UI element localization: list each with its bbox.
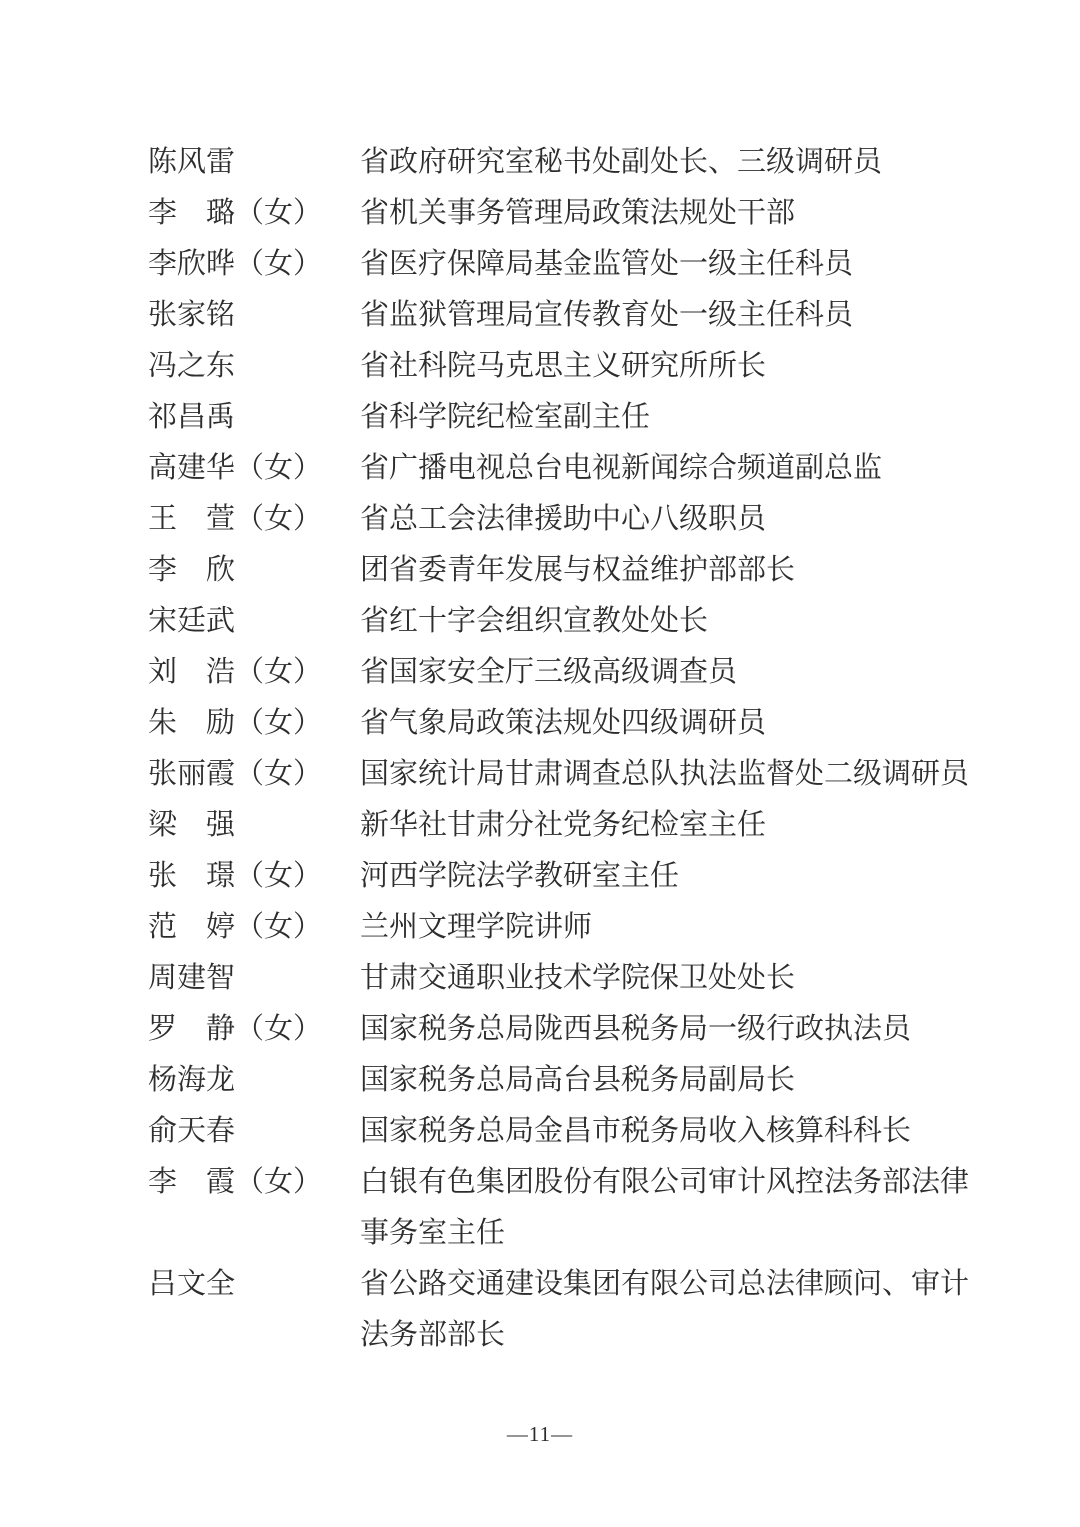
person-position: 省公路交通建设集团有限公司总法律顾问、审计法务部部长 xyxy=(360,1259,988,1361)
roster-row: 吕文全 省公路交通建设集团有限公司总法律顾问、审计法务部部长 xyxy=(148,1259,988,1361)
page-number: —11— xyxy=(0,1421,1080,1447)
roster-row: 朱 励（女） 省气象局政策法规处四级调研员 xyxy=(148,698,988,749)
roster-row: 宋廷武 省红十字会组织宣教处处长 xyxy=(148,596,988,647)
position-line: 国家税务总局高台县税务局副局长 xyxy=(360,1055,988,1106)
position-line: 事务室主任 xyxy=(360,1208,988,1259)
person-position: 白银有色集团股份有限公司审计风控法务部法律事务室主任 xyxy=(360,1157,988,1259)
person-name: 高建华（女） xyxy=(148,443,360,494)
person-position: 河西学院法学教研室主任 xyxy=(360,851,988,902)
person-position: 甘肃交通职业技术学院保卫处处长 xyxy=(360,953,988,1004)
position-line: 省广播电视总台电视新闻综合频道副总监 xyxy=(360,443,988,494)
document-page: { "document": { "background_color": "#ff… xyxy=(0,0,1080,1527)
position-line: 团省委青年发展与权益维护部部长 xyxy=(360,545,988,596)
person-position: 省红十字会组织宣教处处长 xyxy=(360,596,988,647)
person-position: 省医疗保障局基金监管处一级主任科员 xyxy=(360,239,988,290)
person-name: 宋廷武 xyxy=(148,596,360,647)
roster-list: 陈风雷 省政府研究室秘书处副处长、三级调研员 李 璐（女） 省机关事务管理局政策… xyxy=(148,137,988,1361)
person-name: 李 璐（女） xyxy=(148,188,360,239)
person-name: 王 萱（女） xyxy=(148,494,360,545)
position-line: 国家税务总局陇西县税务局一级行政执法员 xyxy=(360,1004,988,1055)
person-position: 省广播电视总台电视新闻综合频道副总监 xyxy=(360,443,988,494)
position-line: 国家统计局甘肃调查总队执法监督处二级调研员 xyxy=(360,749,988,800)
position-line: 省社科院马克思主义研究所所长 xyxy=(360,341,988,392)
roster-row: 李 欣 团省委青年发展与权益维护部部长 xyxy=(148,545,988,596)
position-line: 新华社甘肃分社党务纪检室主任 xyxy=(360,800,988,851)
person-position: 省社科院马克思主义研究所所长 xyxy=(360,341,988,392)
person-name: 吕文全 xyxy=(148,1259,360,1310)
roster-row: 李欣晔（女） 省医疗保障局基金监管处一级主任科员 xyxy=(148,239,988,290)
person-name: 李 霞（女） xyxy=(148,1157,360,1208)
position-line: 省监狱管理局宣传教育处一级主任科员 xyxy=(360,290,988,341)
person-position: 省科学院纪检室副主任 xyxy=(360,392,988,443)
person-position: 国家税务总局高台县税务局副局长 xyxy=(360,1055,988,1106)
roster-row: 李 璐（女） 省机关事务管理局政策法规处干部 xyxy=(148,188,988,239)
person-name: 陈风雷 xyxy=(148,137,360,188)
position-line: 省政府研究室秘书处副处长、三级调研员 xyxy=(360,137,988,188)
person-position: 省监狱管理局宣传教育处一级主任科员 xyxy=(360,290,988,341)
position-line: 甘肃交通职业技术学院保卫处处长 xyxy=(360,953,988,1004)
person-position: 省机关事务管理局政策法规处干部 xyxy=(360,188,988,239)
position-line: 省国家安全厅三级高级调查员 xyxy=(360,647,988,698)
person-position: 新华社甘肃分社党务纪检室主任 xyxy=(360,800,988,851)
person-name: 朱 励（女） xyxy=(148,698,360,749)
roster-row: 张丽霞（女） 国家统计局甘肃调查总队执法监督处二级调研员 xyxy=(148,749,988,800)
person-position: 省政府研究室秘书处副处长、三级调研员 xyxy=(360,137,988,188)
roster-row: 范 婷（女） 兰州文理学院讲师 xyxy=(148,902,988,953)
person-name: 梁 强 xyxy=(148,800,360,851)
person-name: 李 欣 xyxy=(148,545,360,596)
roster-row: 梁 强 新华社甘肃分社党务纪检室主任 xyxy=(148,800,988,851)
roster-row: 张家铭 省监狱管理局宣传教育处一级主任科员 xyxy=(148,290,988,341)
roster-row: 俞天春 国家税务总局金昌市税务局收入核算科科长 xyxy=(148,1106,988,1157)
position-line: 兰州文理学院讲师 xyxy=(360,902,988,953)
position-line: 省机关事务管理局政策法规处干部 xyxy=(360,188,988,239)
position-line: 省医疗保障局基金监管处一级主任科员 xyxy=(360,239,988,290)
roster-row: 祁昌禹 省科学院纪检室副主任 xyxy=(148,392,988,443)
person-name: 冯之东 xyxy=(148,341,360,392)
person-position: 团省委青年发展与权益维护部部长 xyxy=(360,545,988,596)
person-name: 杨海龙 xyxy=(148,1055,360,1106)
roster-row: 李 霞（女） 白银有色集团股份有限公司审计风控法务部法律事务室主任 xyxy=(148,1157,988,1259)
roster-row: 刘 浩（女） 省国家安全厅三级高级调查员 xyxy=(148,647,988,698)
person-name: 刘 浩（女） xyxy=(148,647,360,698)
person-position: 省总工会法律援助中心八级职员 xyxy=(360,494,988,545)
person-position: 兰州文理学院讲师 xyxy=(360,902,988,953)
roster-row: 杨海龙 国家税务总局高台县税务局副局长 xyxy=(148,1055,988,1106)
roster-row: 罗 静（女） 国家税务总局陇西县税务局一级行政执法员 xyxy=(148,1004,988,1055)
position-line: 白银有色集团股份有限公司审计风控法务部法律 xyxy=(360,1157,988,1208)
person-name: 祁昌禹 xyxy=(148,392,360,443)
person-position: 国家税务总局金昌市税务局收入核算科科长 xyxy=(360,1106,988,1157)
position-line: 国家税务总局金昌市税务局收入核算科科长 xyxy=(360,1106,988,1157)
position-line: 省总工会法律援助中心八级职员 xyxy=(360,494,988,545)
position-line: 省公路交通建设集团有限公司总法律顾问、审计 xyxy=(360,1259,988,1310)
person-name: 罗 静（女） xyxy=(148,1004,360,1055)
person-name: 张丽霞（女） xyxy=(148,749,360,800)
person-name: 范 婷（女） xyxy=(148,902,360,953)
roster-row: 周建智 甘肃交通职业技术学院保卫处处长 xyxy=(148,953,988,1004)
position-line: 河西学院法学教研室主任 xyxy=(360,851,988,902)
person-name: 张家铭 xyxy=(148,290,360,341)
roster-row: 陈风雷 省政府研究室秘书处副处长、三级调研员 xyxy=(148,137,988,188)
position-line: 省红十字会组织宣教处处长 xyxy=(360,596,988,647)
position-line: 省科学院纪检室副主任 xyxy=(360,392,988,443)
person-name: 俞天春 xyxy=(148,1106,360,1157)
person-name: 张 璟（女） xyxy=(148,851,360,902)
position-line: 省气象局政策法规处四级调研员 xyxy=(360,698,988,749)
person-position: 省气象局政策法规处四级调研员 xyxy=(360,698,988,749)
person-name: 周建智 xyxy=(148,953,360,1004)
person-position: 国家统计局甘肃调查总队执法监督处二级调研员 xyxy=(360,749,988,800)
person-position: 国家税务总局陇西县税务局一级行政执法员 xyxy=(360,1004,988,1055)
roster-row: 冯之东 省社科院马克思主义研究所所长 xyxy=(148,341,988,392)
roster-row: 高建华（女） 省广播电视总台电视新闻综合频道副总监 xyxy=(148,443,988,494)
person-name: 李欣晔（女） xyxy=(148,239,360,290)
roster-row: 王 萱（女） 省总工会法律援助中心八级职员 xyxy=(148,494,988,545)
position-line: 法务部部长 xyxy=(360,1310,988,1361)
roster-row: 张 璟（女） 河西学院法学教研室主任 xyxy=(148,851,988,902)
person-position: 省国家安全厅三级高级调查员 xyxy=(360,647,988,698)
